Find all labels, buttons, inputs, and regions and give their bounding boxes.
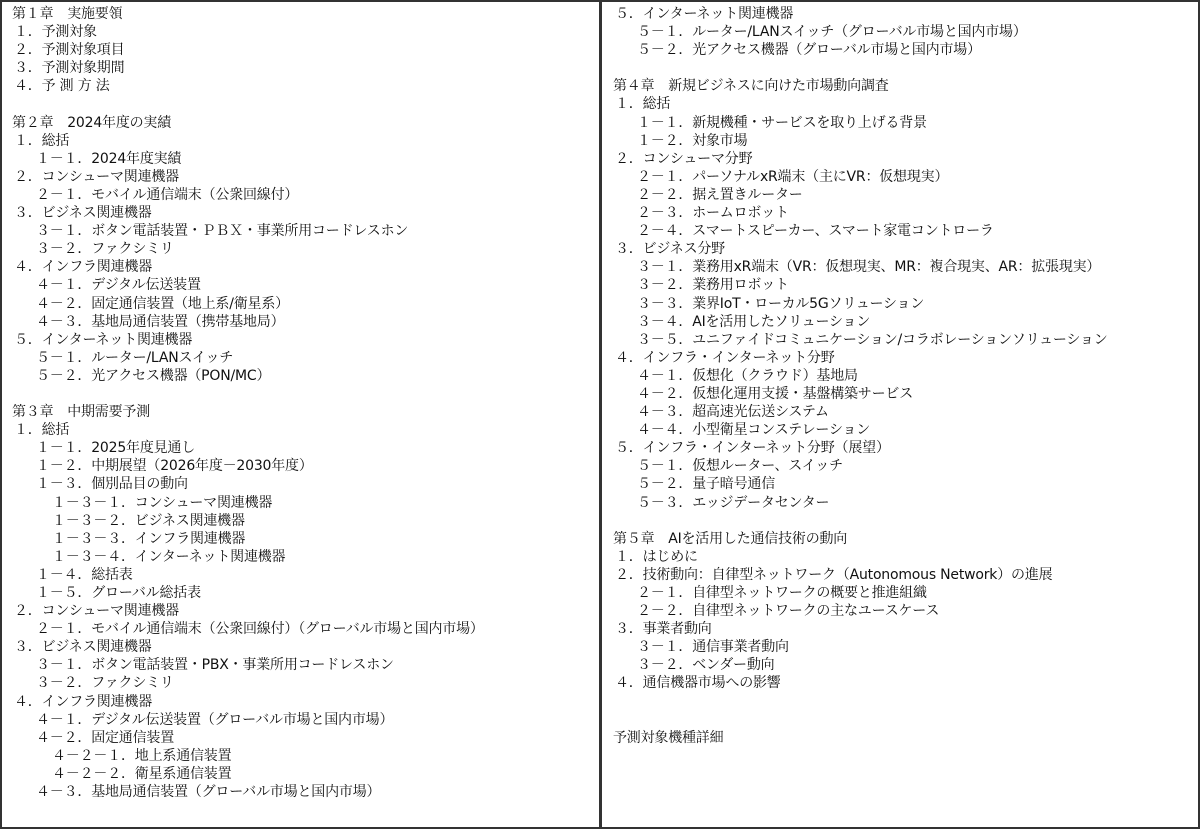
- section-item: ２．コンシューマ関連機器: [12, 602, 597, 620]
- subsection-item: ３－１．業務用xR端末（VR：仮想現実、MR：複合現実、AR：拡張現実）: [613, 258, 1198, 276]
- blank-line: [613, 512, 1198, 530]
- section-item: ３．ビジネス分野: [613, 240, 1198, 258]
- subsection-item: ２－１．パーソナルxR端末（主にVR：仮想現実）: [613, 168, 1198, 186]
- subsection-item: ２－１．モバイル通信端末（公衆回線付）: [12, 186, 597, 204]
- subsection-item: ３－３．業界IoT・ローカル5Gソリューション: [613, 295, 1198, 313]
- sub-subsection-item: ４－２－１．地上系通信装置: [12, 747, 597, 765]
- sub-subsection-item: １－３－２．ビジネス関連機器: [12, 512, 597, 530]
- chapter-heading: 第５章 AIを活用した通信技術の動向: [613, 530, 1198, 548]
- subsection-item: ２－１．モバイル通信端末（公衆回線付）（グローバル市場と国内市場）: [12, 620, 597, 638]
- chapter-heading: 予測対象機種詳細: [613, 729, 1198, 747]
- subsection-item: ２－４．スマートスピーカー、スマート家電コントローラ: [613, 222, 1198, 240]
- sub-subsection-item: １－３－１．コンシューマ関連機器: [12, 494, 597, 512]
- section-item: ４．予 測 方 法: [12, 77, 597, 95]
- section-item: ３．予測対象期間: [12, 59, 597, 77]
- section-item: ４．通信機器市場への影響: [613, 674, 1198, 692]
- subsection-item: ３－２．ファクシミリ: [12, 674, 597, 692]
- sub-subsection-item: １－３－４．インターネット関連機器: [12, 548, 597, 566]
- subsection-item: ３－５．ユニファイドコミュニケーション/コラボレーションソリューション: [613, 331, 1198, 349]
- subsection-item: ５－１．ルーター/LANスイッチ（グローバル市場と国内市場）: [613, 23, 1198, 41]
- blank-line: [12, 385, 597, 403]
- subsection-item: １－１．2025年度見通し: [12, 439, 597, 457]
- section-item: １．総括: [12, 132, 597, 150]
- subsection-item: ４－３．基地局通信装置（携帯基地局）: [12, 313, 597, 331]
- section-item: ４．インフラ・インターネット分野: [613, 349, 1198, 367]
- section-item: ４．インフラ関連機器: [12, 693, 597, 711]
- subsection-item: ３－２．業務用ロボット: [613, 276, 1198, 294]
- section-item: １．総括: [613, 95, 1198, 113]
- blank-line: [613, 59, 1198, 77]
- subsection-item: １－３．個別品目の動向: [12, 475, 597, 493]
- chapter-heading: 第４章 新規ビジネスに向けた市場動向調査: [613, 77, 1198, 95]
- table-of-contents: 第１章 実施要領１．予測対象２．予測対象項目３．予測対象期間４．予 測 方 法第…: [0, 0, 1200, 829]
- section-item: ２．コンシューマ関連機器: [12, 168, 597, 186]
- section-item: １．予測対象: [12, 23, 597, 41]
- subsection-item: ３－１．通信事業者動向: [613, 638, 1198, 656]
- section-item: ２．コンシューマ分野: [613, 150, 1198, 168]
- section-item: １．はじめに: [613, 548, 1198, 566]
- chapter-heading: 第１章 実施要領: [12, 5, 597, 23]
- subsection-item: ５－１．仮想ルーター、スイッチ: [613, 457, 1198, 475]
- column-divider: [599, 2, 602, 827]
- subsection-item: ２－１．自律型ネットワークの概要と推進組織: [613, 584, 1198, 602]
- section-item: １．総括: [12, 421, 597, 439]
- section-item: ２．予測対象項目: [12, 41, 597, 59]
- subsection-item: ４－２．固定通信装置（地上系/衛星系）: [12, 295, 597, 313]
- toc-right-column: ５．インターネット関連機器５－１．ルーター/LANスイッチ（グローバル市場と国内…: [613, 5, 1198, 747]
- subsection-item: ５－２．量子暗号通信: [613, 475, 1198, 493]
- subsection-item: １－５．グローバル総括表: [12, 584, 597, 602]
- subsection-item: ４－２．仮想化運用支援・基盤構築サービス: [613, 385, 1198, 403]
- subsection-item: ２－２．自律型ネットワークの主なユースケース: [613, 602, 1198, 620]
- section-item: ３．事業者動向: [613, 620, 1198, 638]
- subsection-item: ４－１．デジタル伝送装置: [12, 276, 597, 294]
- section-item: ３．ビジネス関連機器: [12, 204, 597, 222]
- chapter-heading: 第３章 中期需要予測: [12, 403, 597, 421]
- subsection-item: ３－１．ボタン電話装置・PBX・事業所用コードレスホン: [12, 656, 597, 674]
- subsection-item: ４－１．デジタル伝送装置（グローバル市場と国内市場）: [12, 711, 597, 729]
- blank-line: [613, 693, 1198, 711]
- subsection-item: ５－２．光アクセス機器（グローバル市場と国内市場）: [613, 41, 1198, 59]
- subsection-item: ２－３．ホームロボット: [613, 204, 1198, 222]
- sub-subsection-item: １－３－３．インフラ関連機器: [12, 530, 597, 548]
- section-item: ５．インフラ・インターネット分野（展望）: [613, 439, 1198, 457]
- subsection-item: ４－３．超高速光伝送システム: [613, 403, 1198, 421]
- subsection-item: １－４．総括表: [12, 566, 597, 584]
- chapter-heading: 第２章 2024年度の実績: [12, 114, 597, 132]
- subsection-item: ２－２．据え置きルーター: [613, 186, 1198, 204]
- subsection-item: ４－３．基地局通信装置（グローバル市場と国内市場）: [12, 783, 597, 801]
- subsection-item: ３－２．ベンダー動向: [613, 656, 1198, 674]
- toc-left-column: 第１章 実施要領１．予測対象２．予測対象項目３．予測対象期間４．予 測 方 法第…: [12, 5, 597, 801]
- subsection-item: ３－２．ファクシミリ: [12, 240, 597, 258]
- section-item: ５．インターネット関連機器: [613, 5, 1198, 23]
- subsection-item: ５－１．ルーター/LANスイッチ: [12, 349, 597, 367]
- blank-line: [12, 95, 597, 113]
- subsection-item: １－２．対象市場: [613, 132, 1198, 150]
- subsection-item: １－１．2024年度実績: [12, 150, 597, 168]
- section-item: ４．インフラ関連機器: [12, 258, 597, 276]
- section-item: ３．ビジネス関連機器: [12, 638, 597, 656]
- subsection-item: ５－３．エッジデータセンター: [613, 494, 1198, 512]
- subsection-item: ４－４．小型衛星コンステレーション: [613, 421, 1198, 439]
- subsection-item: １－１．新規機種・サービスを取り上げる背景: [613, 114, 1198, 132]
- subsection-item: ３－１．ボタン電話装置・ＰＢＸ・事業所用コードレスホン: [12, 222, 597, 240]
- subsection-item: ３－４．AIを活用したソリューション: [613, 313, 1198, 331]
- sub-subsection-item: ４－２－２．衛星系通信装置: [12, 765, 597, 783]
- subsection-item: ４－１．仮想化（クラウド）基地局: [613, 367, 1198, 385]
- subsection-item: ５－２．光アクセス機器（PON/MC）: [12, 367, 597, 385]
- section-item: ２．技術動向：自律型ネットワーク（Autonomous Network）の進展: [613, 566, 1198, 584]
- blank-line: [613, 711, 1198, 729]
- subsection-item: １－２．中期展望（2026年度－2030年度）: [12, 457, 597, 475]
- subsection-item: ４－２．固定通信装置: [12, 729, 597, 747]
- section-item: ５．インターネット関連機器: [12, 331, 597, 349]
